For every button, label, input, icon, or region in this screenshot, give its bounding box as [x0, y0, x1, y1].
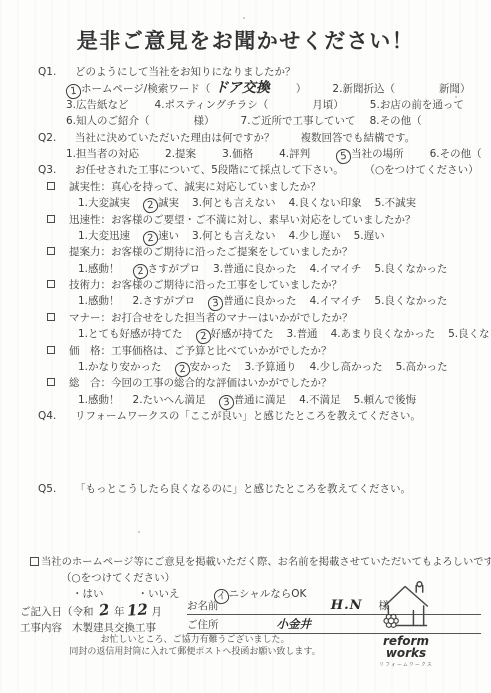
rating-label: 普通に満足	[234, 394, 287, 406]
rating-number: 4.	[289, 197, 299, 209]
rating-number: 5.	[354, 394, 364, 406]
answer-option: 2.提案	[165, 148, 196, 160]
rating-number: 4.	[310, 263, 320, 275]
name-label: お名前	[187, 598, 219, 613]
rating-option: 2.さすがプロ	[133, 295, 196, 307]
rating-option: 4.少し遅い	[289, 230, 341, 242]
checkbox-square-icon	[47, 215, 55, 223]
q3-rating-options: 1.とても好感が持てた2好感が持てた3.普通4.あまり良くなかった5.良くない	[38, 326, 486, 342]
q3-category: 提案力：お客様のご期待に沿ったご提案をしていましたか？	[38, 244, 486, 260]
question-text: お任せされた工事について、5段階にて採点して下さい。	[75, 164, 344, 176]
category-label: 誠実性：	[69, 181, 111, 193]
rating-option: 5.高かった	[396, 361, 448, 373]
checkbox-square-icon	[47, 346, 55, 354]
rating-option: 2.たいへん満足	[133, 394, 206, 406]
rating-number: 4.	[331, 328, 341, 340]
rating-number: 5.	[448, 328, 458, 340]
rating-option: 4.イマイチ	[310, 295, 362, 307]
question-text: どのようにして当社をお知りになりましたか？	[75, 66, 296, 78]
q3-category: 技術力：お客様のご期待に沿った工事をしていましたか？	[38, 277, 486, 293]
house-icon	[378, 580, 434, 632]
rating-option: 1.大変迅速	[78, 230, 130, 242]
paren-field: 様）	[194, 115, 215, 127]
rating-number: 5.	[374, 263, 384, 275]
category-question: お打合せをした担当者のマナーはいかがでしたか？	[111, 312, 353, 324]
rating-number: 3.	[287, 328, 297, 340]
rating-label: 普通に良かった	[223, 295, 297, 307]
circle-instruction: （○をつけてください）	[61, 570, 175, 585]
year-unit: 年	[114, 606, 125, 618]
answer-option: 4.ポスティングチラシ（	[155, 99, 269, 111]
answer-option: 6.知人のご紹介（	[66, 115, 150, 127]
rating-label: 良くない印象	[299, 197, 362, 209]
answer-option: 4.評判	[279, 148, 310, 160]
questionnaire-sheet: 是非ご意見をお聞かせください！ Q1.どのようにして当社をお知りになりましたか？…	[0, 0, 491, 693]
answer-option: 3.広告紙など	[66, 99, 129, 111]
q3-category: マナー：お打合せをした担当者のマナーはいかがでしたか？	[38, 310, 486, 326]
handwritten-year: 2	[97, 600, 110, 619]
paren-field: 月頃）	[312, 99, 344, 111]
rating-option: 3.普通に良かった	[213, 263, 297, 275]
paren-close: ）	[296, 83, 307, 95]
rating-option: 3.普通	[287, 328, 318, 340]
q3-category: 総 合：今回の工事の総合的な評価はいかがでしたか？	[38, 375, 486, 391]
rating-label: 良くなかった	[384, 263, 447, 275]
rating-label: 好感が持てた	[211, 328, 274, 340]
question-note: 複数回答でも結構です。	[301, 132, 416, 144]
address-label: ご住所	[187, 617, 219, 632]
rating-number: 4.	[289, 230, 299, 242]
rating-option: 5.良くなかった	[374, 295, 447, 307]
category-question: お客様のご要望・ご不満に対し、素早い対応をしていましたか？	[111, 214, 416, 226]
paren-field: 新聞）	[439, 83, 471, 95]
rating-number: 4.	[299, 394, 309, 406]
rating-number: 5.	[374, 295, 384, 307]
rating-label: 感動！	[88, 263, 120, 275]
category-question: お客様のご期待に沿ったご提案をしていましたか？	[111, 246, 353, 258]
category-label: 総 合：	[69, 377, 111, 389]
rating-option: 4.良くない印象	[289, 197, 362, 209]
question-text: 「もっとこうしたら良くなるのに」と感じたところを教えてください。	[75, 483, 411, 495]
question-number: Q5.	[38, 481, 75, 497]
rating-label: 遅い	[364, 230, 385, 242]
question-body: Q1.どのようにして当社をお知りになりましたか？ 1ホームページ/検索ワード（ド…	[38, 64, 486, 425]
answer-option: 5.お店の前を通って	[370, 99, 464, 111]
category-label: 技術力：	[69, 279, 111, 291]
rating-number: 2	[132, 263, 148, 279]
rating-label: さすがプロ	[143, 295, 196, 307]
q3-category: 誠実性：真心を持って、誠実に対応していましたか？	[38, 179, 486, 195]
rating-number: 3.	[245, 361, 255, 373]
rating-number: 2.	[133, 394, 143, 406]
checkbox-square-icon	[47, 378, 55, 386]
rating-number: 3.	[213, 263, 223, 275]
rating-option: 3.何とも言えない	[192, 197, 276, 209]
circled-answer: 5当社の場所	[336, 148, 404, 160]
rating-option: 1.かなり安かった	[78, 361, 162, 373]
rating-label: 予算通り	[255, 361, 297, 373]
q3-rating-options: 1.かなり安かった2安かった3.予算通り4.少し高かった5.高かった	[38, 359, 486, 375]
q1-options-line1: 1ホームページ/検索ワード（ドア交換）2.新聞折込（新聞）	[38, 80, 486, 96]
logo-text: reform works	[362, 635, 450, 659]
date-row: ご記入日（令和2年12月	[20, 601, 162, 619]
rating-number: 3.	[192, 197, 202, 209]
rating-label: あまり良くなかった	[341, 328, 436, 340]
checkbox-square-icon	[30, 557, 39, 566]
q3-category: 価 格：工事価格は、ご予算と比べていかがでしたか？	[38, 343, 486, 359]
rating-option: 2誠実	[143, 197, 179, 209]
month-unit: 月	[151, 606, 162, 618]
rating-number: 2.	[133, 295, 143, 307]
rating-label: とても好感が持てた	[88, 328, 183, 340]
handwritten-address: 小金井	[277, 616, 312, 632]
rating-label: 良くない	[458, 328, 491, 340]
scan-speck	[243, 17, 245, 19]
rating-option: 3普通に良かった	[208, 295, 297, 307]
rating-label: たいへん満足	[143, 394, 206, 406]
checkbox-square-icon	[47, 182, 55, 190]
question-text: 当社に決めていただいた理由は何ですか？	[75, 132, 275, 144]
choice-yes: ・はい	[72, 588, 104, 600]
rating-label: 大変誠実	[88, 197, 130, 209]
answer-option: 7.ご近所で工事していて	[241, 115, 356, 127]
answer-option: 1.担当者の対応	[66, 148, 139, 160]
rating-label: 高かった	[406, 361, 448, 373]
question-number: Q1.	[38, 64, 75, 80]
date-label: ご記入日（令和	[20, 606, 94, 618]
rating-option: 3普通に満足	[219, 394, 287, 406]
rating-number: 1.	[78, 295, 88, 307]
answer-option: 2.新聞折込（	[332, 83, 395, 95]
rating-option: 3.予算通り	[245, 361, 297, 373]
circle-instruction: （○をつけてください）	[370, 164, 479, 176]
rating-number: 5.	[396, 361, 406, 373]
rating-option: 1.感動！	[78, 295, 120, 307]
checkbox-square-icon	[47, 313, 55, 321]
category-label: マナー：	[69, 312, 111, 324]
rating-label: 安かった	[190, 361, 232, 373]
rating-option: 5.不誠実	[375, 197, 417, 209]
rating-number: 5.	[375, 197, 385, 209]
rating-label: イマイチ	[320, 295, 362, 307]
answer-option: 8.その他（	[370, 115, 422, 127]
rating-option: 4.少し高かった	[310, 361, 383, 373]
category-label: 価 格：	[69, 345, 111, 357]
rating-option: 1.感動！	[78, 263, 120, 275]
question-text: リフォームワークスの「ここが良い」と感じたところを教えてください。	[75, 410, 421, 422]
rating-number: 4.	[310, 361, 320, 373]
publish-question: 当社のホームページ等にご意見を掲載いただく際、お名前を掲載させていただいてもよろ…	[30, 553, 491, 568]
rating-option: 2好感が持てた	[196, 328, 274, 340]
category-label: 提案力：	[69, 246, 111, 258]
answer-option: 3.価格	[222, 148, 253, 160]
logo-subtext: リフォームワークス	[362, 661, 450, 668]
rating-option: 4.不満足	[299, 394, 341, 406]
handwritten-search-word: ドア交換	[214, 80, 270, 96]
rating-option: 5.頼んで後悔	[354, 394, 417, 406]
rating-option: 4.あまり良くなかった	[331, 328, 436, 340]
rating-label: 良くなかった	[384, 295, 447, 307]
rating-number: 1.	[78, 394, 88, 406]
q2-header: Q2.当社に決めていただいた理由は何ですか？複数回答でも結構です。	[38, 130, 486, 146]
rating-option: 1.感動！	[78, 394, 120, 406]
category-label: 迅速性：	[69, 214, 111, 226]
rating-number: 1.	[78, 328, 88, 340]
rating-label: 普通	[297, 328, 318, 340]
question-number: Q3.	[38, 162, 75, 178]
handwritten-name: H.N	[331, 598, 363, 613]
rating-option: 2さすがプロ	[133, 263, 201, 275]
rating-label: 不誠実	[385, 197, 417, 209]
rating-option: 4.イマイチ	[310, 263, 362, 275]
q4-header: Q4.リフォームワークスの「ここが良い」と感じたところを教えてください。	[38, 408, 486, 424]
rating-label: 大変迅速	[88, 230, 130, 242]
q1-header: Q1.どのようにして当社をお知りになりましたか？	[38, 64, 486, 80]
category-question: 今回の工事の総合的な評価はいかがでしたか？	[111, 377, 332, 389]
category-question: お客様のご期待に沿った工事をしていましたか？	[111, 279, 342, 291]
mail-instruction: 同封の返信用封筒に入れて郵便ポストへ投函お願い致します。	[30, 644, 360, 657]
checkbox-square-icon	[47, 280, 55, 288]
rating-option: 2速い	[143, 230, 179, 242]
q3-rating-options: 1.感動！2さすがプロ3.普通に良かった4.イマイチ5.良くなかった	[38, 261, 486, 277]
q1-options-line2: 3.広告紙など4.ポスティングチラシ（月頃）5.お店の前を通って	[38, 97, 486, 113]
q3-rating-options: 1.感動！2.たいへん満足3普通に満足4.不満足5.頼んで後悔	[38, 392, 486, 408]
q3-rating-options: 1.大変迅速2速い3.何とも言えない4.少し遅い5.遅い	[38, 228, 486, 244]
rating-label: さすがプロ	[148, 263, 201, 275]
rating-label: 不満足	[309, 394, 341, 406]
q3-category: 迅速性：お客様のご要望・ご不満に対し、素早い対応をしていましたか？	[38, 212, 486, 228]
q2-options: 1.担当者の対応2.提案3.価格4.評判5当社の場所6.その他（）	[38, 146, 486, 162]
rating-label: 普通に良かった	[223, 263, 297, 275]
q3-rating-options: 1.感動！2.さすがプロ3普通に良かった4.イマイチ5.良くなかった	[38, 293, 486, 309]
scan-speck	[138, 531, 140, 533]
company-logo: reform works リフォームワークス	[362, 580, 450, 668]
form-title: 是非ご意見をお聞かせください！	[0, 25, 491, 55]
rating-option: 5.良くない	[448, 328, 491, 340]
q3-rating-options: 1.大変誠実2誠実3.何とも言えない4.良くない印象5.不誠実	[38, 195, 486, 211]
rating-label: イマイチ	[320, 263, 362, 275]
rating-label: 感動！	[88, 394, 120, 406]
rating-label: 頼んで後悔	[364, 394, 417, 406]
rating-label: かなり安かった	[88, 361, 162, 373]
question-number: Q2.	[38, 130, 75, 146]
rating-label: 少し遅い	[299, 230, 341, 242]
rating-label: 感動！	[88, 295, 120, 307]
rating-label: 少し高かった	[320, 361, 383, 373]
publish-question-text: 当社のホームページ等にご意見を掲載いただく際、お名前を掲載させていただいてもよろ…	[41, 556, 491, 568]
rating-label: 何とも言えない	[202, 197, 276, 209]
checkbox-square-icon	[47, 247, 55, 255]
q5-header: Q5.「もっとこうしたら良くなるのに」と感じたところを教えてください。	[38, 481, 411, 497]
rating-option: 5.良くなかった	[374, 263, 447, 275]
question-number: Q4.	[38, 408, 75, 424]
rating-option: 1.大変誠実	[78, 197, 130, 209]
rating-number: 3.	[192, 230, 202, 242]
answer-option: 6.その他（	[430, 148, 482, 160]
answer-option: 当社の場所	[351, 148, 404, 160]
handwritten-month: 12	[127, 600, 149, 619]
rating-option: 3.何とも言えない	[192, 230, 276, 242]
category-question: 真心を持って、誠実に対応していましたか？	[111, 181, 321, 193]
answer-option: ホームページ/検索ワード（	[81, 83, 210, 95]
rating-label: 誠実	[158, 197, 179, 209]
rating-number: 5.	[354, 230, 364, 242]
rating-label: 速い	[158, 230, 179, 242]
rating-number: 1.	[78, 197, 88, 209]
rating-number: 1.	[78, 361, 88, 373]
q1-options-line3: 6.知人のご紹介（様）7.ご近所で工事していて8.その他（）	[38, 113, 486, 129]
choice-no: ・いいえ	[138, 588, 180, 600]
q3-header: Q3.お任せされた工事について、5段階にて採点して下さい。（○をつけてください）	[38, 162, 486, 178]
rating-option: 2安かった	[175, 361, 232, 373]
rating-number: 1.	[78, 263, 88, 275]
rating-option: 5.遅い	[354, 230, 385, 242]
rating-number: 1.	[78, 230, 88, 242]
rating-option: 1.とても好感が持てた	[78, 328, 183, 340]
rating-number: 4.	[310, 295, 320, 307]
rating-label: 何とも言えない	[202, 230, 276, 242]
category-question: 工事価格は、ご予算と比べていかがでしたか？	[111, 345, 332, 357]
